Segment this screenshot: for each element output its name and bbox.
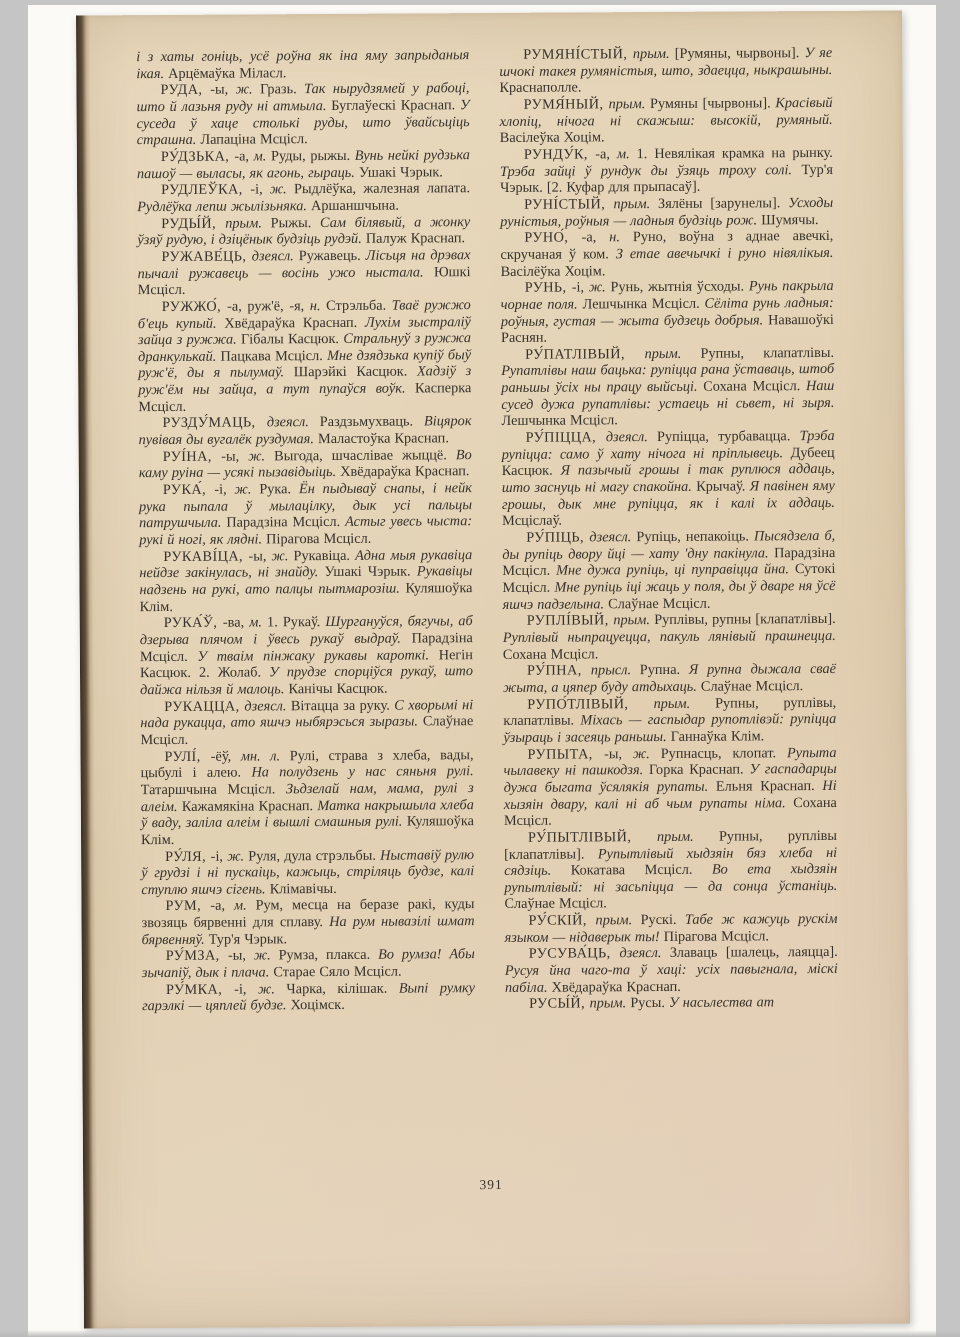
plain-text: Раздзьмухваць. <box>320 414 424 431</box>
plain-text: Пірагова Мсцісл. <box>266 531 371 548</box>
plain-text: Канічы Касцюк. <box>288 681 387 698</box>
headword: РУ́ПІЦЬ, <box>526 529 589 545</box>
headword: РУМ, <box>165 898 210 914</box>
plain-text: -і, <box>250 182 270 198</box>
plain-text: Слаўнае Мсцісл. <box>504 896 606 913</box>
plain-text: Стрэльба. <box>326 297 392 313</box>
dictionary-entry: РУМЯ́НЫЙ, прым. Румяны [чырвоны]. Красів… <box>500 95 833 147</box>
example-text: ж. <box>254 948 279 964</box>
plain-text: Гразь. <box>260 81 304 97</box>
example-text: н. <box>310 298 326 314</box>
dictionary-entry: РУЗДУ́МАЦЬ, дзеясл. Раздзьмухваць. Віцяр… <box>138 414 471 449</box>
headword: РУЛІ́, <box>164 748 210 764</box>
dictionary-entry: РУНО́, -а, н. Руно, воўна з аднае авечкі… <box>500 228 833 280</box>
example-text: Руплівый ныпрацуецца, пакуль лянівый пра… <box>503 628 836 646</box>
plain-text: -ва, <box>223 615 249 631</box>
example-text: ж. <box>633 746 661 762</box>
example-text: прым. <box>609 96 651 112</box>
example-text: ж. <box>227 848 248 864</box>
plain-text: Парадзіна Мсцісл. <box>226 514 345 531</box>
plain-text: Румяны [чырвоны]. <box>650 95 775 112</box>
example-text: З етае авечычкі і руно нівялікыя. <box>616 245 834 262</box>
dictionary-entry: РУ́СКІЙ, прым. Рускі. Табе ж кажуць руск… <box>504 911 837 946</box>
plain-text: Рупны, клапатлівы. <box>700 345 834 362</box>
plain-text: Рупнасць, клопат. <box>661 745 787 762</box>
headword: РУНІ́СТЫЙ, <box>524 196 613 213</box>
example-text: прым. <box>225 215 271 231</box>
plain-text: Рыжы. <box>271 215 320 231</box>
plain-text: 1. Рукаў. <box>267 614 325 630</box>
plain-text: Васілеўка Хоцім. <box>500 130 605 147</box>
plain-text: Шарэйкі Касцюк. <box>294 364 417 381</box>
entry-continuation: і з хаты гоніць, усё роўна як іна яму за… <box>136 47 469 82</box>
plain-text: -ы, <box>221 448 248 464</box>
plain-text: Пірагова Мсцісл. <box>664 928 769 945</box>
plain-text: Мсціслаў. <box>502 513 562 529</box>
text-area: і з хаты гоніць, усё роўна як іна яму за… <box>136 45 838 1015</box>
plain-text: Гібалы Касцюк. <box>241 331 343 348</box>
example-text: дзеясл. <box>619 945 669 961</box>
plain-text: Зялёны [зарунелы]. <box>658 195 788 212</box>
plain-text: Буглаўескі Краснап. <box>331 97 460 114</box>
headword: РУ́СКІЙ, <box>528 913 595 929</box>
plain-text: Сохана Мсцісл. <box>503 646 599 663</box>
dictionary-entry: РУІ́НА, -ы, ж. Выгода, шчаслівае жыццё. … <box>139 447 472 482</box>
plain-text: -а, руж'ё, -я, <box>227 298 310 315</box>
plain-text: Чарка, кілішак. <box>286 980 398 997</box>
example-text: У насьлества ат <box>669 995 774 1012</box>
dictionary-entry: РУ́МЗА, -ы, ж. Румза, плакса. Во румза! … <box>142 947 475 982</box>
headword: РУ́ПНА, <box>527 663 591 679</box>
plain-text: Лапаціна Мсцісл. <box>200 131 307 148</box>
plain-text: Слаўнае Мсцісл. <box>608 595 710 612</box>
plain-text: Рунь, жытнія ўсходы. <box>610 279 748 296</box>
plain-text: -ы, <box>228 948 254 964</box>
dictionary-entry: РУ́ПАТЛІВЫЙ, прым. Рупны, клапатлівы. Ру… <box>501 345 835 430</box>
headword: РУКА́, <box>163 482 215 498</box>
dictionary-entry: РУДЛЕЎКА, -і, ж. Рыдлёўка, жалезная лапа… <box>137 180 470 215</box>
headword: РУ́МЗА, <box>166 948 228 964</box>
plain-text: Тур'я Чэрык. <box>209 931 287 947</box>
plain-text: -ы, <box>210 82 236 98</box>
plain-text: Рука. <box>259 481 299 497</box>
plain-text: Руля, дула стрэльбы. <box>248 847 380 864</box>
page-number: 391 <box>143 1175 839 1195</box>
plain-text: Рыдлёўка, жалезная лапата. <box>294 180 470 197</box>
dictionary-entry: РУСУВА́ЦЬ, дзеясл. Злаваць [шалець, лаяц… <box>505 944 838 996</box>
plain-text: Лешчынка Мсцісл. <box>501 413 617 430</box>
dictionary-entry: РУ́ПІЦЬ, дзеясл. Рупіць, непакоіць. Пыся… <box>502 528 836 613</box>
example-text: Рудлёўка лепш жылізьняка. <box>137 198 311 215</box>
plain-text: Выгода, шчаслівае жыццё. <box>274 447 456 464</box>
plain-text: Кокатава Мсцісл. <box>571 862 712 879</box>
headword: РУДЫ́Й, <box>161 215 225 231</box>
headword: РУ́ПАТЛІВЫЙ, <box>525 346 645 363</box>
plain-text: Рупна. <box>640 662 689 678</box>
example-text: ж. <box>258 981 287 997</box>
example-text: н. <box>609 229 633 245</box>
plain-text: -і, <box>211 848 228 864</box>
headword: РУПЫТА, <box>527 746 604 762</box>
plain-text: Горка Краснап. <box>649 762 750 779</box>
plain-text: Лешчынка Мсцісл. <box>583 296 705 313</box>
headword: РУКАВІ́ЦА, <box>163 548 248 565</box>
example-text: ж. <box>271 548 293 564</box>
headword: РУПЛІ́ВЫЙ, <box>527 613 614 630</box>
plain-text: Васілёўка Хоцім. <box>501 263 606 280</box>
dictionary-entry: РУДЫ́Й, прым. Рыжы. Сам білявый, а жонку… <box>137 214 470 249</box>
example-text: ж. <box>236 82 260 98</box>
example-text: На полудзень у нас сяньня рулі. <box>251 763 473 780</box>
headword: РУПО́ТЛІВЫЙ, <box>527 696 653 713</box>
example-text: прысл. <box>591 662 640 678</box>
headword: РУЗДУ́МАЦЬ, <box>162 415 266 432</box>
dictionary-entry: РУ́ЛЯ, -і, ж. Руля, дула стрэльбы. Ныста… <box>141 847 474 899</box>
dictionary-entry: РУМ, -а, м. Рум, месца на беразе ракі, к… <box>141 897 474 949</box>
dictionary-entry: РУ́МКА, -і, ж. Чарка, кілішак. Выпі румк… <box>142 980 475 1015</box>
plain-text: -а, <box>234 148 253 164</box>
headword: РУ́ДЗЬКА, <box>161 149 235 165</box>
plain-text: Румза, плакса. <box>279 947 379 964</box>
plain-text: Ельня Краснап. <box>716 778 823 795</box>
dictionary-entry: РУНІ́СТЫЙ, прым. Зялёны [зарунелы]. Усхо… <box>500 195 833 230</box>
headword: РУ́ЛЯ, <box>165 848 211 864</box>
example-text: м. <box>234 898 256 914</box>
plain-text: -ы, <box>604 746 633 762</box>
plain-text: Рускі. <box>641 912 685 928</box>
plain-text: Татаршчына Мсцісл. <box>141 781 286 798</box>
headword: РУСУВА́ЦЬ, <box>529 946 620 963</box>
plain-text: Аршаншчына. <box>311 197 399 214</box>
headword: РУДЛЕЎКА, <box>161 182 250 199</box>
example-text: прым. <box>654 695 716 711</box>
example-text: прым. <box>595 912 640 928</box>
plain-text: Ганнаўка Клім. <box>671 728 765 745</box>
example-text: прым. <box>645 346 701 362</box>
headword: РУМЯ́НЫЙ, <box>524 96 609 113</box>
dictionary-entry: РУКАЦЦА, дзеясл. Вітацца за руку. С хвор… <box>140 697 473 749</box>
example-text: дзеясл. <box>244 698 291 714</box>
dictionary-entry: РУКАВІ́ЦА, -ы, ж. Рукавіца. Адна мыя рук… <box>139 547 472 616</box>
headword: РУЖАВЕ́ЦЬ, <box>161 248 251 265</box>
plain-text: Кажамякіна Краснап. <box>182 798 318 815</box>
example-text: ж. <box>234 481 259 497</box>
headword: РУЖЖО́, <box>162 298 227 314</box>
example-text: прым. <box>633 46 675 62</box>
plain-text: Маластоўка Краснап. <box>318 430 449 447</box>
plain-text: Злаваць [шалець, лаяцца]. <box>670 944 838 961</box>
dictionary-entry: РУНЬ, -і, ж. Рунь, жытнія ўсходы. Рунь п… <box>501 278 834 347</box>
headword: РУ́ПЫТЛІВЫЙ, <box>528 829 657 846</box>
plain-text: Краснаполле. <box>499 80 581 97</box>
dictionary-entry: РУДА, -ы, ж. Гразь. Так нырудзямей у раб… <box>136 80 469 149</box>
example-text: ж. <box>270 181 294 197</box>
example-text: дзеясл. <box>606 429 657 445</box>
example-text: У тваім пінжаку рукавы кароткі. <box>197 647 438 664</box>
plain-text: Клімавічы. <box>270 881 337 897</box>
plain-text: Ушакі Чэрык. <box>324 564 416 581</box>
example-text: м. <box>254 148 271 164</box>
headword: РУСЫ́Й, <box>529 996 590 1012</box>
plain-text: Вітацца за руку. <box>291 697 395 714</box>
dictionary-entry: РУ́ПНА, прысл. Рупна. Я рупна дыжала сва… <box>503 661 836 696</box>
plain-text: Хвёдараўка Краснап. <box>340 464 469 481</box>
plain-text: -і, <box>214 482 234 498</box>
plain-text: Ушакі Чэрык. <box>359 164 443 181</box>
plain-text: -а, <box>210 898 234 914</box>
headword: РУІ́НА, <box>163 448 222 464</box>
example-text: прым. <box>613 612 654 628</box>
text-column-right: РУМЯНІ́СТЫЙ, прым. [Румяны, чырвоны]. У … <box>499 45 838 1013</box>
example-text: м. <box>249 615 267 631</box>
headword: РУНЬ, <box>525 280 572 296</box>
dictionary-entry: РУЖАВЕ́ЦЬ, дзеясл. Ружавець. Лісьця на д… <box>137 247 470 299</box>
plain-text: [Румяны, чырвоны]. <box>675 45 805 62</box>
example-text: мн. л. <box>241 748 290 764</box>
plain-text: Арцёмаўка Міласл. <box>168 65 286 82</box>
headword: РУНДУ́К, <box>524 146 595 162</box>
example-text: прым. <box>657 828 719 844</box>
example-text: Мне дужа рупіць, ці пуправіцца йна. <box>556 561 795 578</box>
plain-text: Хвёдараўка Краснап. <box>224 314 365 331</box>
dictionary-entry: РУПО́ТЛІВЫЙ, прым. Рупны, руплівы, клапа… <box>503 694 836 746</box>
dictionary-entry: РУКА́Ў, -ва, м. 1. Рукаў. Шургануўся, бя… <box>140 613 474 698</box>
dictionary-entry: РУКА́, -і, ж. Рука. Ён пыдываў снапы, і … <box>139 480 472 549</box>
book-page: і з хаты гоніць, усё роўна як іна яму за… <box>76 10 910 1328</box>
headword: РУКА́Ў, <box>164 615 223 631</box>
plain-text: Пацкава Мсцісл. <box>220 348 327 365</box>
plain-text: Руды, рыжы. <box>271 148 355 165</box>
dictionary-entry: РУ́ДЗЬКА, -а, м. Руды, рыжы. Вунь нейкі … <box>137 147 470 182</box>
plain-text: Рукавіца. <box>293 548 355 564</box>
scanner-background: і з хаты гоніць, усё роўна як іна яму за… <box>0 0 960 1337</box>
headword: РУ́ПІЦЦА, <box>526 429 606 445</box>
example-text: дзеясл. <box>267 414 320 430</box>
example-text: прым. <box>589 996 630 1012</box>
plain-text: Крычаў. <box>696 478 750 494</box>
text-column-left: і з хаты гоніць, усё роўна як іна яму за… <box>136 47 475 1015</box>
plain-text: 1. Невялікая крамка на рынку. <box>637 145 833 162</box>
plain-text: Палуж Краснап. <box>366 230 465 247</box>
example-text: ж. <box>589 279 611 295</box>
plain-text: Старае Сяло Мсцісл. <box>273 964 401 981</box>
example-text: Трэба зайці ў рундук ды ўзяць троху солі… <box>500 162 802 180</box>
dictionary-entry: РУ́ПІЦЦА, дзеясл. Рупіцца, турбавацца. Т… <box>502 428 836 530</box>
plain-text: Слаўнае Мсцісл. <box>701 678 803 695</box>
plain-text: -а, <box>595 146 617 162</box>
dictionary-entry: РУНДУ́К, -а, м. 1. Невялікая крамка на р… <box>500 145 833 197</box>
plain-text: Шумячы. <box>761 212 818 228</box>
example-text: прым. <box>613 196 658 212</box>
dictionary-entry: РУСЫ́Й, прым. Русы. У насьлества ат <box>505 994 838 1013</box>
example-text: дзеясл. <box>252 248 299 264</box>
dictionary-entry: РУПЫТА, -ы, ж. Рупнасць, клопат. Рупыта … <box>503 744 837 829</box>
headword: РУНО́, <box>524 230 581 246</box>
plain-text: -ёў, <box>211 748 241 764</box>
plain-text: Ружавець. <box>299 248 366 264</box>
headword: РУДА, <box>160 82 210 98</box>
example-text: ж. <box>248 448 274 464</box>
plain-text: -а, <box>582 230 610 246</box>
plain-text: -і, <box>234 981 258 997</box>
plain-text: -і, <box>572 280 589 296</box>
plain-text: -ы, <box>248 548 271 564</box>
scan-bottom-shadow <box>0 1330 960 1337</box>
dictionary-entry: РУ́ПЫТЛІВЫЙ, прым. Рупны, руплівы [клапа… <box>504 828 838 913</box>
dictionary-entry: РУМЯНІ́СТЫЙ, прым. [Румяны, чырвоны]. У … <box>499 45 832 97</box>
plain-text: Рупіцца, турбавацца. <box>657 428 800 445</box>
headword: РУКАЦЦА, <box>164 698 244 714</box>
headword: РУ́МКА, <box>166 981 234 997</box>
plain-text: Русы. <box>630 995 669 1011</box>
plain-text: Сохана Мсцісл. <box>703 378 806 395</box>
headword: РУМЯНІ́СТЫЙ, <box>523 46 633 63</box>
plain-text: Рупіць, непакоіць. <box>636 528 754 545</box>
example-text: м. <box>617 146 637 162</box>
plain-text: Хоцімск. <box>291 997 345 1013</box>
dictionary-entry: РУЖЖО́, -а, руж'ё, -я, н. Стрэльба. Тваё… <box>138 297 472 416</box>
dictionary-entry: РУЛІ́, -ёў, мн. л. Рулі, страва з хлеба,… <box>140 747 474 849</box>
dictionary-entry: РУПЛІ́ВЫЙ, прым. Руплівы, рупны [клапатл… <box>503 611 836 663</box>
plain-text: Хвёдараўка Краснап. <box>552 979 681 996</box>
example-text: дзеясл. <box>589 529 636 545</box>
plain-text: Руплівы, рупны [клапатлівы]. <box>654 611 836 628</box>
